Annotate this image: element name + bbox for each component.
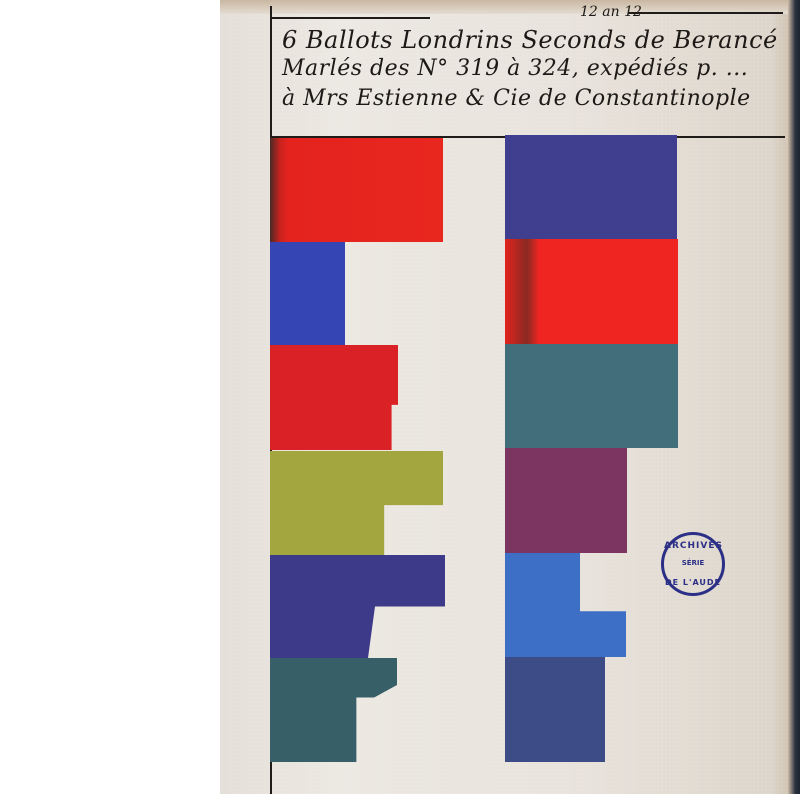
header-line-2: Marlés des N° 319 à 324, expédiés p. ... — [282, 56, 748, 81]
swatch-crimson-red — [270, 345, 398, 450]
top-rule-left — [270, 17, 430, 19]
swatch-plum — [505, 448, 627, 553]
header-line-3: à Mrs Estienne & Cie de Constantinople — [282, 86, 751, 111]
swatch-slate-teal — [505, 344, 678, 448]
stamp-bottom-text: DE L'AUDE — [664, 578, 722, 587]
archive-stamp: ARCHIVES SÉRIE DE L'AUDE — [661, 532, 725, 596]
date-annotation: 12 an 12 — [580, 4, 642, 20]
swatch-indigo-violet — [505, 135, 677, 239]
top-rule-right — [628, 12, 783, 14]
stamp-top-text: ARCHIVES — [664, 541, 722, 551]
header-line-1: 6 Ballots Londrins Seconds de Berancé — [282, 26, 778, 54]
swatch-scarlet-red — [270, 138, 443, 242]
swatch-slate-blue — [505, 657, 605, 762]
swatch-bright-red — [505, 239, 678, 344]
swatch-royal-blue — [270, 242, 345, 345]
stamp-middle-text: SÉRIE — [664, 559, 722, 567]
handwritten-header: 12 an 12 6 Ballots Londrins Seconds de B… — [282, 26, 792, 126]
